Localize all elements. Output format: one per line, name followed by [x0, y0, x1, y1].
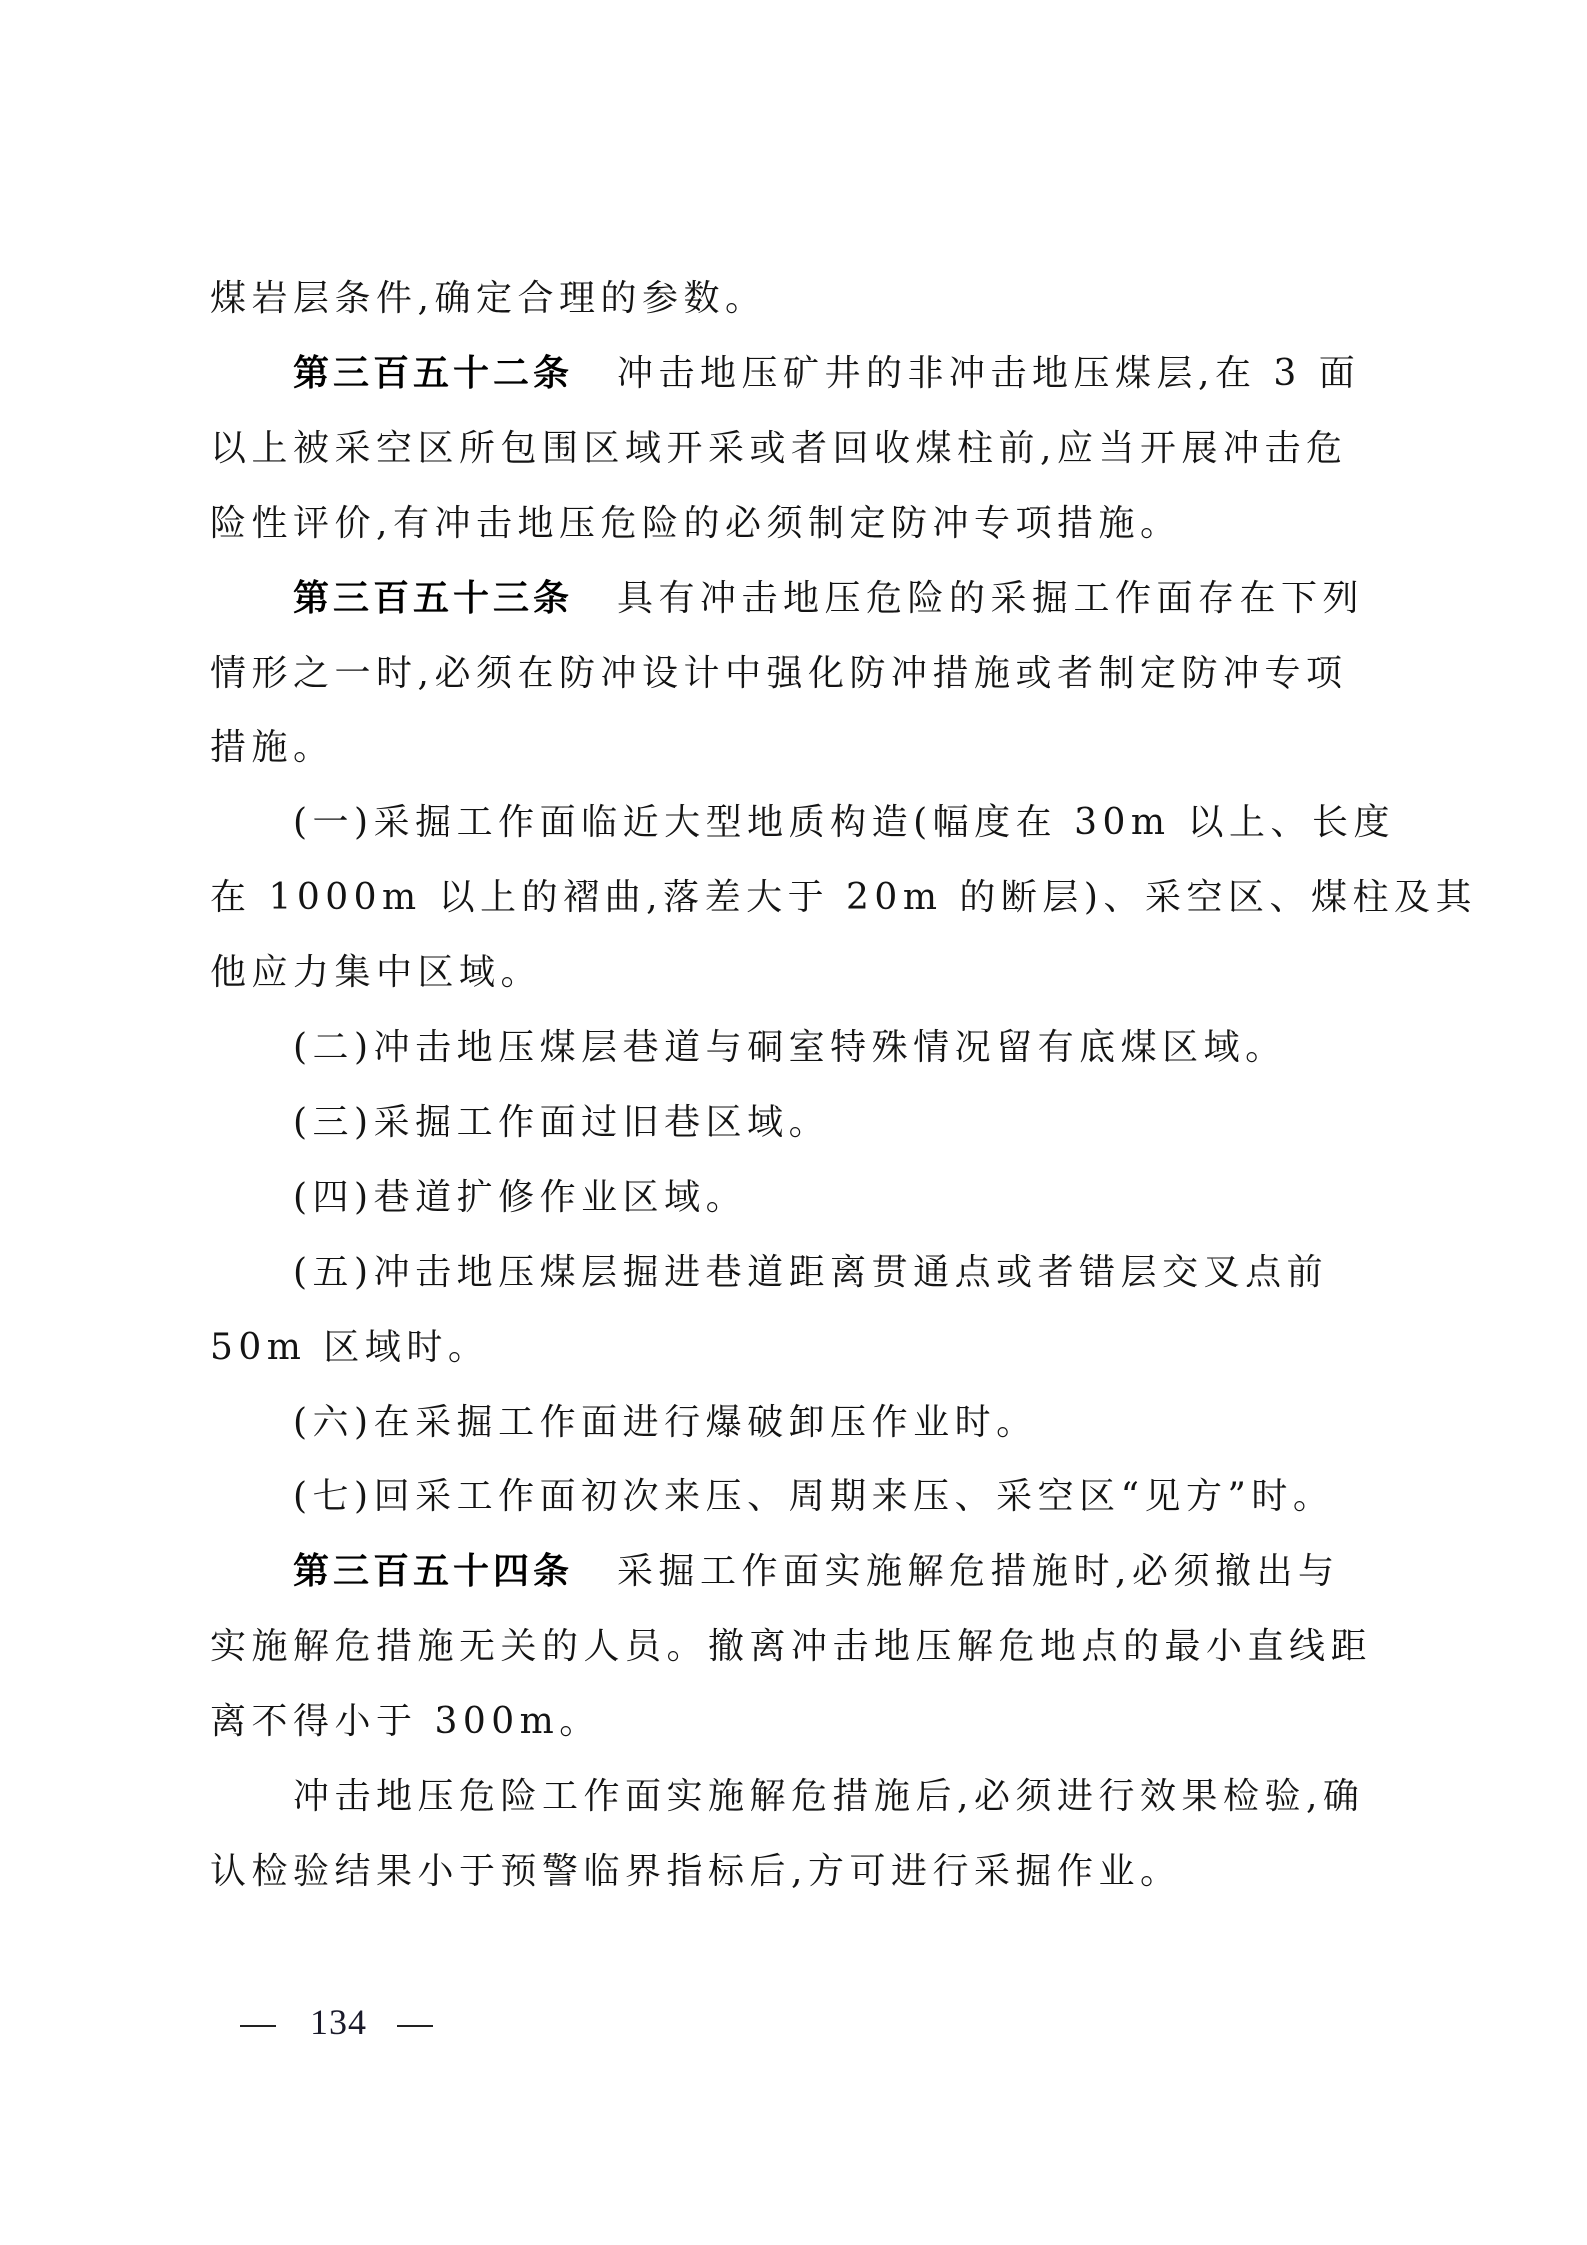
- text-line: (二)冲击地压煤层巷道与硐室特殊情况留有底煤区域。: [293, 1010, 1473, 1085]
- article-number: 第三百五十三条: [293, 578, 573, 619]
- line-text: 险性评价,有冲击地压危险的必须制定防冲专项措施。: [210, 503, 1181, 544]
- text-line: 认检验结果小于预警临界指标后,方可进行采掘作业。: [210, 1834, 1390, 1909]
- line-text: 具有冲击地压危险的采掘工作面存在下列: [617, 578, 1364, 619]
- page-number-left-dash: [240, 2025, 276, 2027]
- page-number-value: 134: [310, 2000, 367, 2044]
- line-text: (四)巷道扩修作业区域。: [293, 1177, 747, 1218]
- line-text: 离不得小于 300m。: [210, 1701, 601, 1742]
- text-line: 险性评价,有冲击地压危险的必须制定防冲专项措施。: [210, 486, 1390, 561]
- text-line: (四)巷道扩修作业区域。: [293, 1160, 1473, 1235]
- text-line: (五)冲击地压煤层掘进巷道距离贯通点或者错层交叉点前: [293, 1235, 1473, 1310]
- text-line: 在 1000m 以上的褶曲,落差大于 20m 的断层)、采空区、煤柱及其: [210, 860, 1390, 935]
- line-text: 认检验结果小于预警临界指标后,方可进行采掘作业。: [210, 1851, 1181, 1892]
- text-line: 50m 区域时。: [210, 1310, 1390, 1385]
- line-text: 实施解危措施无关的人员。撤离冲击地压解危地点的最小直线距: [210, 1626, 1372, 1667]
- line-text: (七)回采工作面初次来压、周期来压、采空区“见方”时。: [293, 1476, 1334, 1517]
- line-text: 以上被采空区所包围区域开采或者回收煤柱前,应当开展冲击危: [210, 428, 1347, 469]
- line-text: 50m 区域时。: [210, 1327, 489, 1368]
- text-line: (三)采掘工作面过旧巷区域。: [293, 1085, 1473, 1160]
- text-line: 情形之一时,必须在防冲设计中强化防冲措施或者制定防冲专项: [210, 636, 1390, 711]
- line-text: (六)在采掘工作面进行爆破卸压作业时。: [293, 1402, 1038, 1443]
- text-line: 实施解危措施无关的人员。撤离冲击地压解危地点的最小直线距: [210, 1609, 1390, 1684]
- text-line: (六)在采掘工作面进行爆破卸压作业时。: [293, 1385, 1473, 1460]
- line-text: (二)冲击地压煤层巷道与硐室特殊情况留有底煤区域。: [293, 1027, 1287, 1068]
- line-text: 冲击地压危险工作面实施解危措施后,必须进行效果检验,确: [293, 1776, 1364, 1817]
- article-heading-line: 第三百五十四条采掘工作面实施解危措施时,必须撤出与: [293, 1534, 1473, 1609]
- page-number-right-dash: [397, 2025, 433, 2027]
- article-heading-line: 第三百五十二条冲击地压矿井的非冲击地压煤层,在 3 面: [293, 336, 1473, 411]
- text-line: 煤岩层条件,确定合理的参数。: [210, 261, 1390, 336]
- line-text: 情形之一时,必须在防冲设计中强化防冲措施或者制定防冲专项: [210, 653, 1347, 694]
- line-text: 在 1000m 以上的褶曲,落差大于 20m 的断层)、采空区、煤柱及其: [210, 877, 1477, 918]
- text-line: (一)采掘工作面临近大型地质构造(幅度在 30m 以上、长度: [293, 785, 1473, 860]
- line-text: 煤岩层条件,确定合理的参数。: [210, 278, 766, 319]
- line-text: 他应力集中区域。: [210, 952, 542, 993]
- line-text: 措施。: [210, 727, 335, 768]
- line-text: (五)冲击地压煤层掘进巷道距离贯通点或者错层交叉点前: [293, 1252, 1328, 1293]
- page-number: 134: [240, 2000, 433, 2044]
- line-text: (三)采掘工作面过旧巷区域。: [293, 1102, 830, 1143]
- text-line: 以上被采空区所包围区域开采或者回收煤柱前,应当开展冲击危: [210, 411, 1390, 486]
- article-number: 第三百五十四条: [293, 1551, 573, 1592]
- line-text: 采掘工作面实施解危措施时,必须撤出与: [617, 1551, 1339, 1592]
- article-heading-line: 第三百五十三条具有冲击地压危险的采掘工作面存在下列: [293, 561, 1473, 636]
- text-line: 他应力集中区域。: [210, 935, 1390, 1010]
- line-text: 冲击地压矿井的非冲击地压煤层,在 3 面: [617, 353, 1360, 394]
- document-page: 煤岩层条件,确定合理的参数。第三百五十二条冲击地压矿井的非冲击地压煤层,在 3 …: [0, 0, 1587, 2245]
- text-line: (七)回采工作面初次来压、周期来压、采空区“见方”时。: [293, 1459, 1473, 1534]
- text-line: 离不得小于 300m。: [210, 1684, 1390, 1759]
- line-text: (一)采掘工作面临近大型地质构造(幅度在 30m 以上、长度: [293, 802, 1395, 843]
- text-line: 措施。: [210, 710, 1390, 785]
- article-number: 第三百五十二条: [293, 353, 573, 394]
- text-line: 冲击地压危险工作面实施解危措施后,必须进行效果检验,确: [293, 1759, 1473, 1834]
